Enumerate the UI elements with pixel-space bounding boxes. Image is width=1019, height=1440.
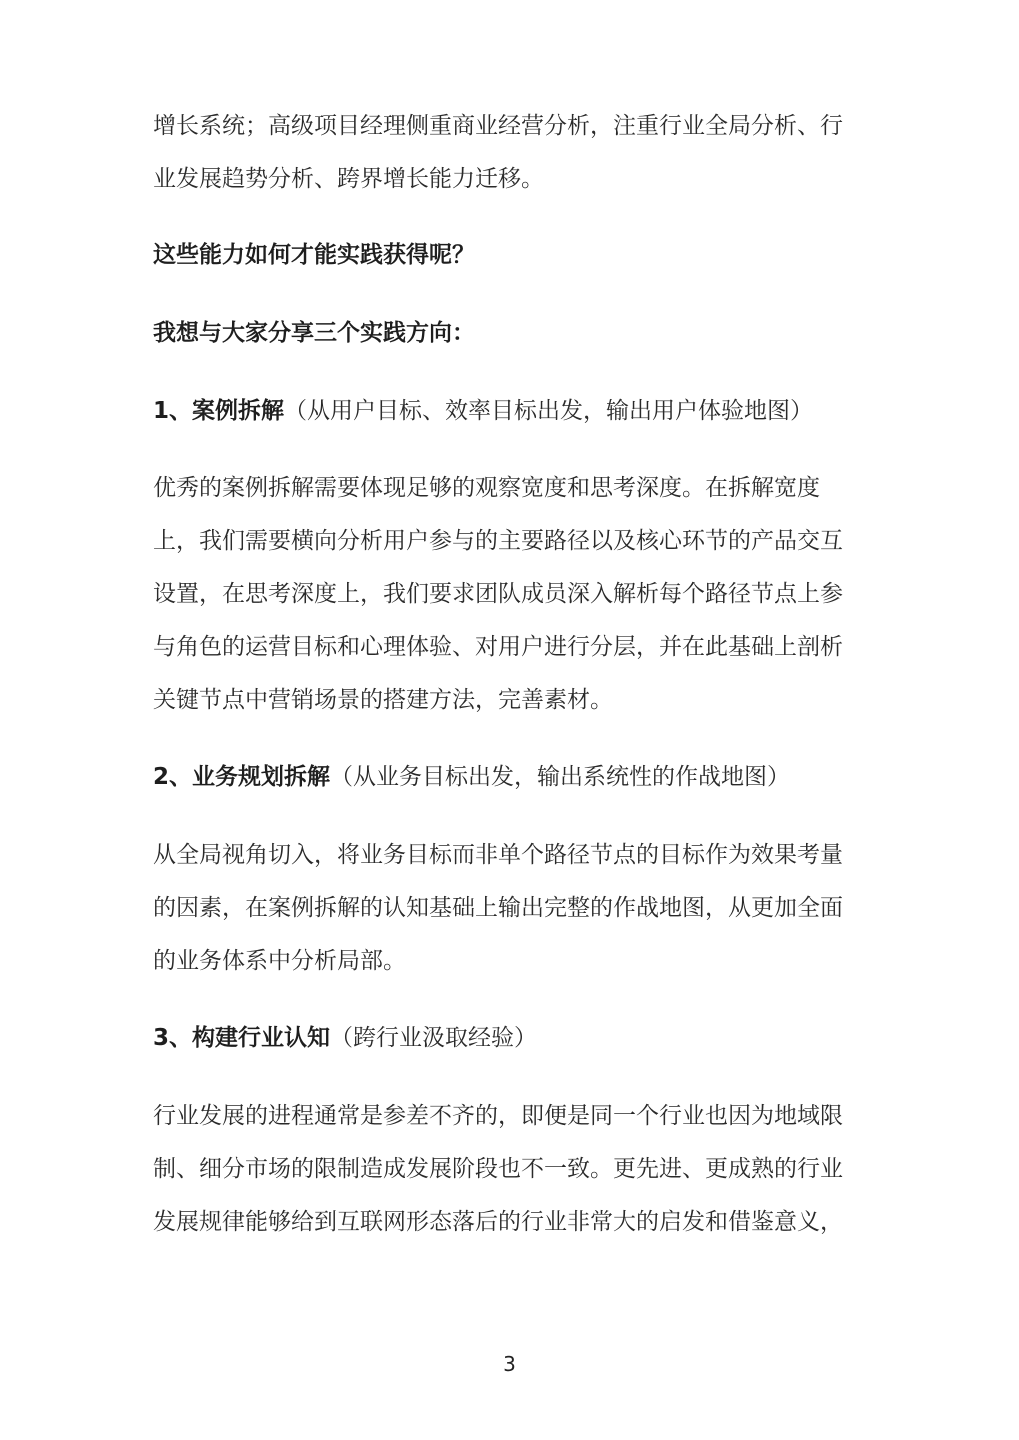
heading-subtitle: （从用户目标、效率目标出发，输出用户体验地图）: [284, 398, 813, 424]
heading-subtitle: （从业务目标出发，输出系统性的作战地图）: [330, 764, 790, 790]
paragraph-line: 关键节点中营销场景的搭建方法，完善素材。: [153, 685, 873, 715]
page-number: 3: [0, 1352, 1019, 1376]
paragraph-line: 的因素，在案例拆解的认知基础上输出完整的作战地图，从更加全面: [153, 893, 873, 923]
heading-title: 2、业务规划拆解: [153, 764, 330, 790]
paragraph-line: 发展规律能够给到互联网形态落后的行业非常大的启发和借鉴意义，: [153, 1207, 873, 1237]
paragraph-line: 优秀的案例拆解需要体现足够的观察宽度和思考深度。在拆解宽度: [153, 473, 873, 503]
heading-business-planning: 2、业务规划拆解（从业务目标出发，输出系统性的作战地图）: [153, 762, 873, 792]
section-question: 这些能力如何才能实践获得呢？: [153, 240, 873, 270]
paragraph-line: 上，我们需要横向分析用户参与的主要路径以及核心环节的产品交互: [153, 526, 873, 556]
paragraph-line: 增长系统；高级项目经理侧重商业经营分析，注重行业全局分析、行: [153, 111, 873, 141]
heading-title: 1、案例拆解: [153, 398, 284, 424]
section-intro: 我想与大家分享三个实践方向：: [153, 318, 873, 348]
paragraph-line: 制、细分市场的限制造成发展阶段也不一致。更先进、更成熟的行业: [153, 1154, 873, 1184]
paragraph-line: 设置，在思考深度上，我们要求团队成员深入解析每个路径节点上参: [153, 579, 873, 609]
paragraph-line: 的业务体系中分析局部。: [153, 946, 873, 976]
paragraph-line: 业发展趋势分析、跨界增长能力迁移。: [153, 164, 873, 194]
heading-case-breakdown: 1、案例拆解（从用户目标、效率目标出发，输出用户体验地图）: [153, 396, 873, 426]
paragraph-line: 行业发展的进程通常是参差不齐的，即便是同一个行业也因为地域限: [153, 1101, 873, 1131]
paragraph-line: 从全局视角切入，将业务目标而非单个路径节点的目标作为效果考量: [153, 840, 873, 870]
heading-title: 3、构建行业认知: [153, 1025, 330, 1051]
paragraph-line: 与角色的运营目标和心理体验、对用户进行分层，并在此基础上剖析: [153, 632, 873, 662]
heading-industry-knowledge: 3、构建行业认知（跨行业汲取经验）: [153, 1023, 873, 1053]
heading-subtitle: （跨行业汲取经验）: [330, 1025, 537, 1051]
document-page: 增长系统；高级项目经理侧重商业经营分析，注重行业全局分析、行 业发展趋势分析、跨…: [0, 0, 1019, 1440]
